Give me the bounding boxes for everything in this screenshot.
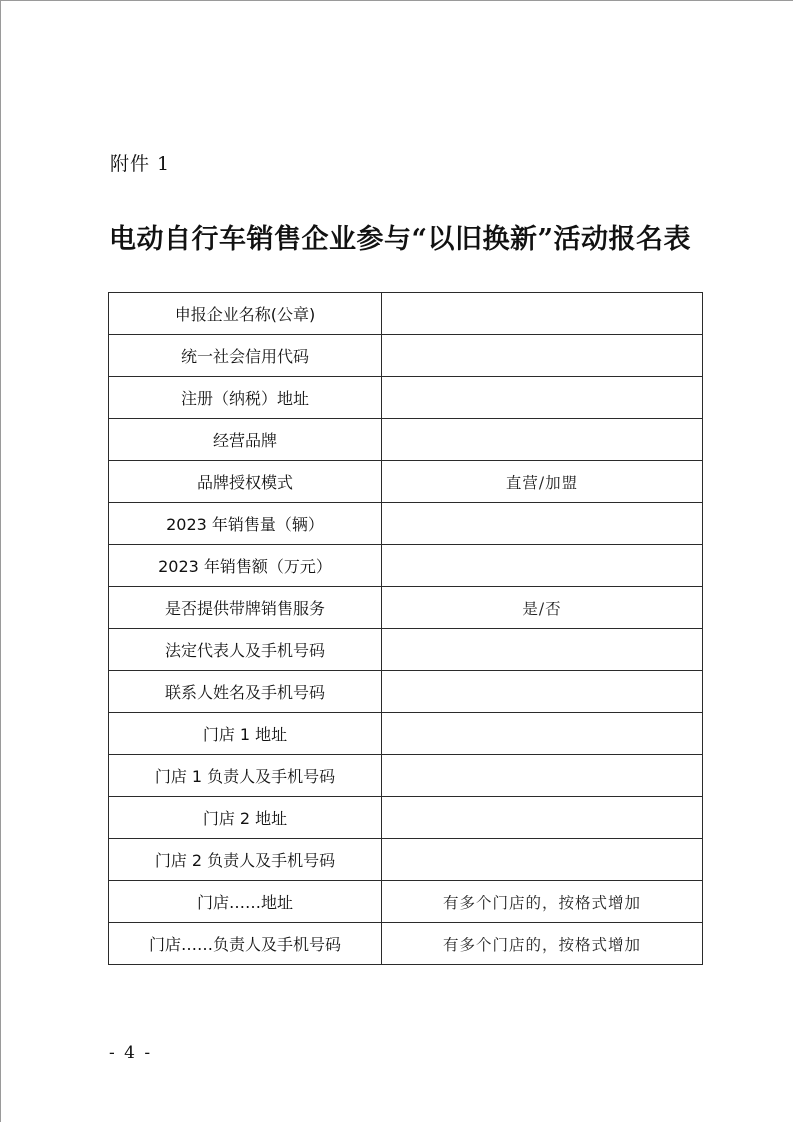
table-row: 申报企业名称(公章) [109,293,703,335]
document-page: 附件 1 电动自行车销售企业参与“以旧换新”活动报名表 申报企业名称(公章) 统… [0,0,793,1122]
row-label: 是否提供带牌销售服务 [109,587,382,629]
table-row: 2023 年销售量（辆） [109,503,703,545]
row-label: 品牌授权模式 [109,461,382,503]
row-value-field[interactable] [382,293,703,335]
row-label: 门店 1 地址 [109,713,382,755]
row-label: 门店 1 负责人及手机号码 [109,755,382,797]
row-label: 2023 年销售额（万元） [109,545,382,587]
row-label: 注册（纳税）地址 [109,377,382,419]
registration-form-table: 申报企业名称(公章) 统一社会信用代码 注册（纳税）地址 经营品牌 品牌授权模式… [108,292,703,965]
table-row: 门店 1 地址 [109,713,703,755]
table-row: 品牌授权模式 直营/加盟 [109,461,703,503]
row-label: 经营品牌 [109,419,382,461]
row-value-field[interactable]: 有多个门店的，按格式增加 [382,881,703,923]
row-label: 法定代表人及手机号码 [109,629,382,671]
row-label: 2023 年销售量（辆） [109,503,382,545]
row-value-field[interactable] [382,335,703,377]
row-value-field[interactable] [382,671,703,713]
row-value-field[interactable] [382,797,703,839]
row-value-field[interactable] [382,377,703,419]
row-label: 统一社会信用代码 [109,335,382,377]
row-value-field[interactable] [382,503,703,545]
row-label: 门店 2 地址 [109,797,382,839]
table-row: 经营品牌 [109,419,703,461]
document-title: 电动自行车销售企业参与“以旧换新”活动报名表 [109,217,709,256]
table-row: 门店 1 负责人及手机号码 [109,755,703,797]
row-value-field[interactable] [382,755,703,797]
table-row: 统一社会信用代码 [109,335,703,377]
table-row: 门店……负责人及手机号码 有多个门店的，按格式增加 [109,923,703,965]
table-row: 门店 2 地址 [109,797,703,839]
row-label: 联系人姓名及手机号码 [109,671,382,713]
row-label: 门店……地址 [109,881,382,923]
table-row: 门店 2 负责人及手机号码 [109,839,703,881]
attachment-label: 附件 1 [110,149,170,176]
table-row: 门店……地址 有多个门店的，按格式增加 [109,881,703,923]
row-value-field[interactable]: 有多个门店的，按格式增加 [382,923,703,965]
row-label: 门店……负责人及手机号码 [109,923,382,965]
row-label: 申报企业名称(公章) [109,293,382,335]
table-row: 法定代表人及手机号码 [109,629,703,671]
table-row: 联系人姓名及手机号码 [109,671,703,713]
row-value-field[interactable]: 是/否 [382,587,703,629]
row-value-field[interactable] [382,419,703,461]
row-value-field[interactable] [382,839,703,881]
row-value-field[interactable] [382,629,703,671]
table-row: 是否提供带牌销售服务 是/否 [109,587,703,629]
row-value-field[interactable] [382,713,703,755]
row-label: 门店 2 负责人及手机号码 [109,839,382,881]
table-row: 2023 年销售额（万元） [109,545,703,587]
row-value-field[interactable] [382,545,703,587]
page-number: - 4 - [109,1043,152,1063]
table-row: 注册（纳税）地址 [109,377,703,419]
row-value-field[interactable]: 直营/加盟 [382,461,703,503]
